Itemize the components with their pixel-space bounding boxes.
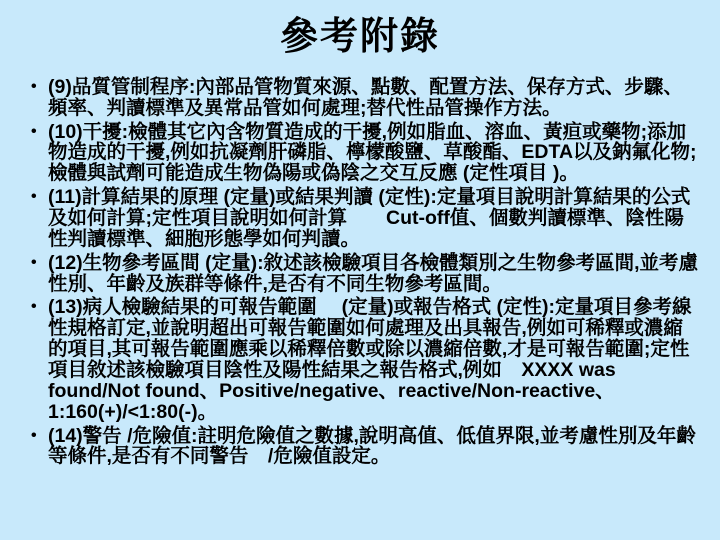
bullet-item-14: (14)警告 /危險值:註明危險值之數據,說明高值、低值界限,並考慮性別及年齡等… bbox=[48, 426, 702, 468]
bullet-item-13: (13)病人檢驗結果的可報告範圍 (定量)或報告格式 (定性):定量項目參考線性… bbox=[48, 297, 702, 422]
bullet-item-12: (12)生物參考區間 (定量):敘述該檢驗項目各檢體類別之生物參考區間,並考慮性… bbox=[48, 253, 702, 295]
bullet-list: (9)品質管制程序:內部品管物質來源、點數、配置方法、保存方式、步驟、頻率、判讀… bbox=[0, 77, 702, 467]
bullet-item-9: (9)品質管制程序:內部品管物質來源、點數、配置方法、保存方式、步驟、頻率、判讀… bbox=[48, 77, 702, 119]
page-title: 參考附錄 bbox=[0, 0, 720, 59]
bullet-item-11: (11)計算結果的原理 (定量)或結果判讀 (定性):定量項目說明計算結果的公式… bbox=[48, 187, 702, 250]
slide: 參考附錄 (9)品質管制程序:內部品管物質來源、點數、配置方法、保存方式、步驟、… bbox=[0, 0, 720, 540]
bullet-item-10: (10)干擾:檢體其它內含物質造成的干擾,例如脂血、溶血、黃疸或藥物;添加物造成… bbox=[48, 122, 702, 185]
